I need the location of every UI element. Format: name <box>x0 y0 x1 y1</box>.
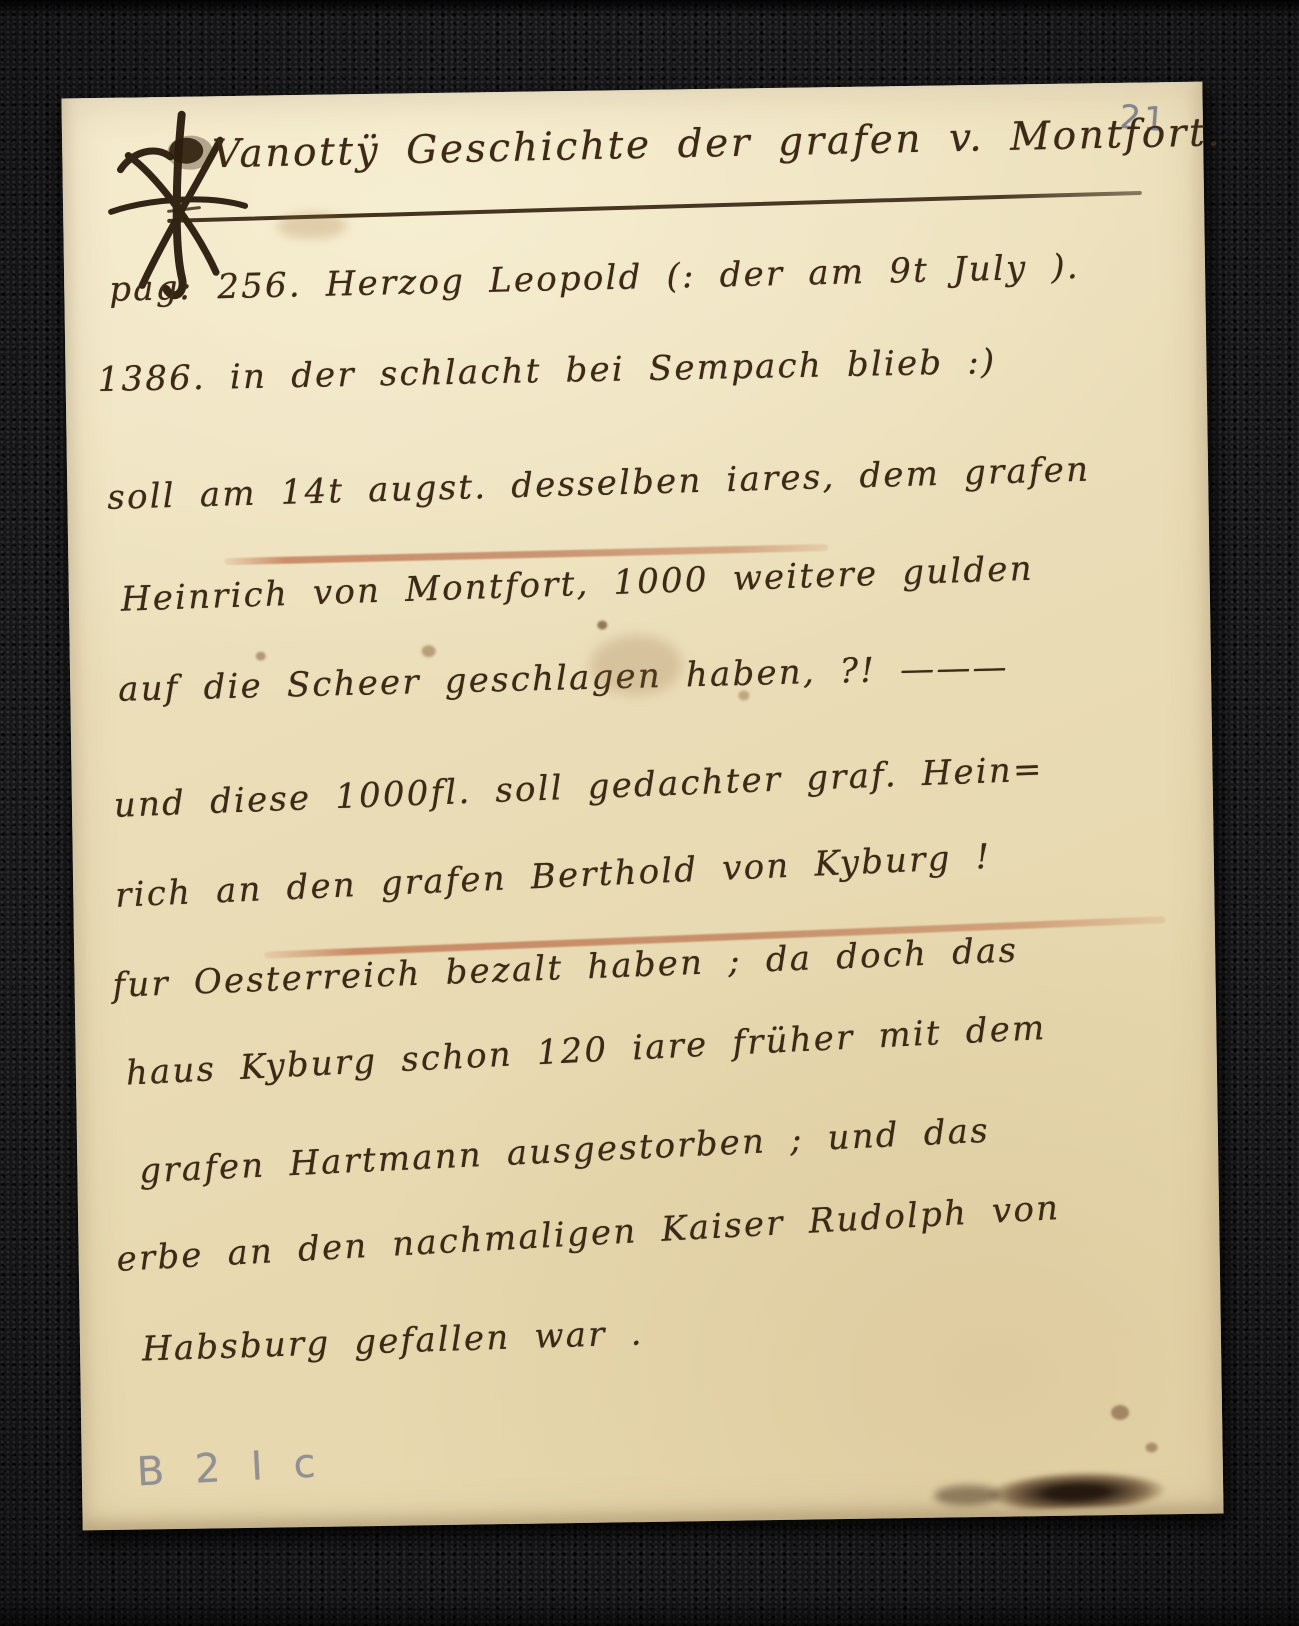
manuscript-line: rich an den grafen Berthold von Kyburg ! <box>114 837 992 916</box>
manuscript-line: und diese 1000fl. soll gedachter graf. H… <box>113 749 1044 825</box>
manuscript-line: erbe an den nachmaligen Kaiser Rudolph v… <box>116 1188 1062 1280</box>
title-underline <box>167 191 1142 223</box>
manuscript-line: 1386. in der schlacht bei Sempach blieb … <box>97 342 997 400</box>
manuscript-sheet: 21 Vanottÿ Geschichte der grafen v. Mont… <box>61 82 1223 1531</box>
stain <box>1145 1442 1157 1452</box>
manuscript-line: Habsburg gefallen war . <box>141 1313 644 1369</box>
stain <box>422 645 436 657</box>
stain <box>1111 1405 1129 1420</box>
manuscript-line: haus Kyburg schon 120 iare früher mit de… <box>125 1008 1047 1094</box>
stain <box>597 621 607 630</box>
manuscript-line: grafen Hartmann ausgestorben ; und das <box>138 1111 990 1192</box>
manuscript-title: Vanottÿ Geschichte der grafen v. Montfor… <box>212 110 1223 177</box>
manuscript-line: soll am 14t augst. desselben iares, dem … <box>107 450 1091 518</box>
photograph-of-manuscript: 21 Vanottÿ Geschichte der grafen v. Mont… <box>0 0 1299 1626</box>
shelfmark: B 2 I c <box>136 1440 326 1495</box>
manuscript-line: auf die Scheer geschlagen haben, ?! ——— <box>118 647 1009 710</box>
burn-stain <box>981 1460 1192 1511</box>
stain <box>256 652 266 661</box>
burn-stain <box>934 1485 1000 1506</box>
manuscript-line: pag: 256. Herzog Leopold (: der am 9t Ju… <box>109 247 1080 310</box>
